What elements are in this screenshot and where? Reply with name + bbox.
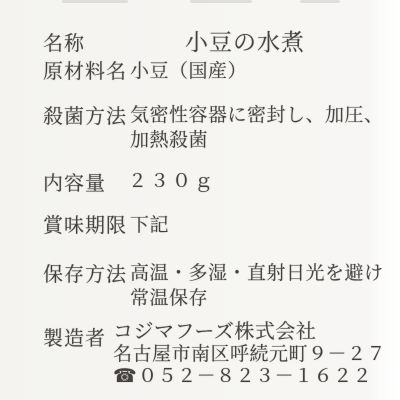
storage-value-line1: 高温・多湿・直射日光を避け — [130, 258, 384, 285]
scan-artifact — [62, 0, 128, 3]
product-name-value: 小豆の水煮 — [185, 24, 305, 57]
best-before-field-label: 賞味期限 — [43, 209, 127, 238]
scan-artifact — [300, 0, 340, 3]
telephone-icon: ☎ — [113, 366, 137, 387]
storage-value-line2: 常温保存 — [130, 283, 208, 310]
phone-number: ０５２－８２３－１６２２ — [138, 366, 372, 387]
sterilization-value-line2: 加熱殺菌 — [130, 125, 208, 152]
storage-field-label: 保存方法 — [43, 258, 127, 287]
sterilization-value-line1: 気密性容器に密封し、加圧、 — [130, 100, 384, 127]
net-weight-field-label: 内容量 — [43, 167, 106, 196]
manufacturer-company-name: コジマフーズ株式会社 — [113, 321, 316, 344]
manufacturer-field-label: 製造者 — [43, 322, 106, 351]
ingredients-value: 小豆（国産） — [130, 56, 247, 83]
best-before-value: 下記 — [130, 210, 169, 237]
scan-artifact — [190, 0, 252, 3]
manufacturer-address: 名古屋市南区呼続元町９－２７ — [113, 344, 386, 367]
product-label: 名称 小豆の水煮 原材料名 小豆（国産） 殺菌方法 気密性容器に密封し、加圧、 … — [0, 0, 400, 400]
ingredients-field-label: 原材料名 — [43, 55, 127, 84]
net-weight-value: ２３０ｇ — [128, 166, 216, 193]
name-field-label: 名称 — [43, 27, 85, 56]
sterilization-field-label: 殺菌方法 — [43, 100, 127, 129]
manufacturer-phone-line: ☎０５２－８２３－１６２２ — [113, 366, 372, 389]
